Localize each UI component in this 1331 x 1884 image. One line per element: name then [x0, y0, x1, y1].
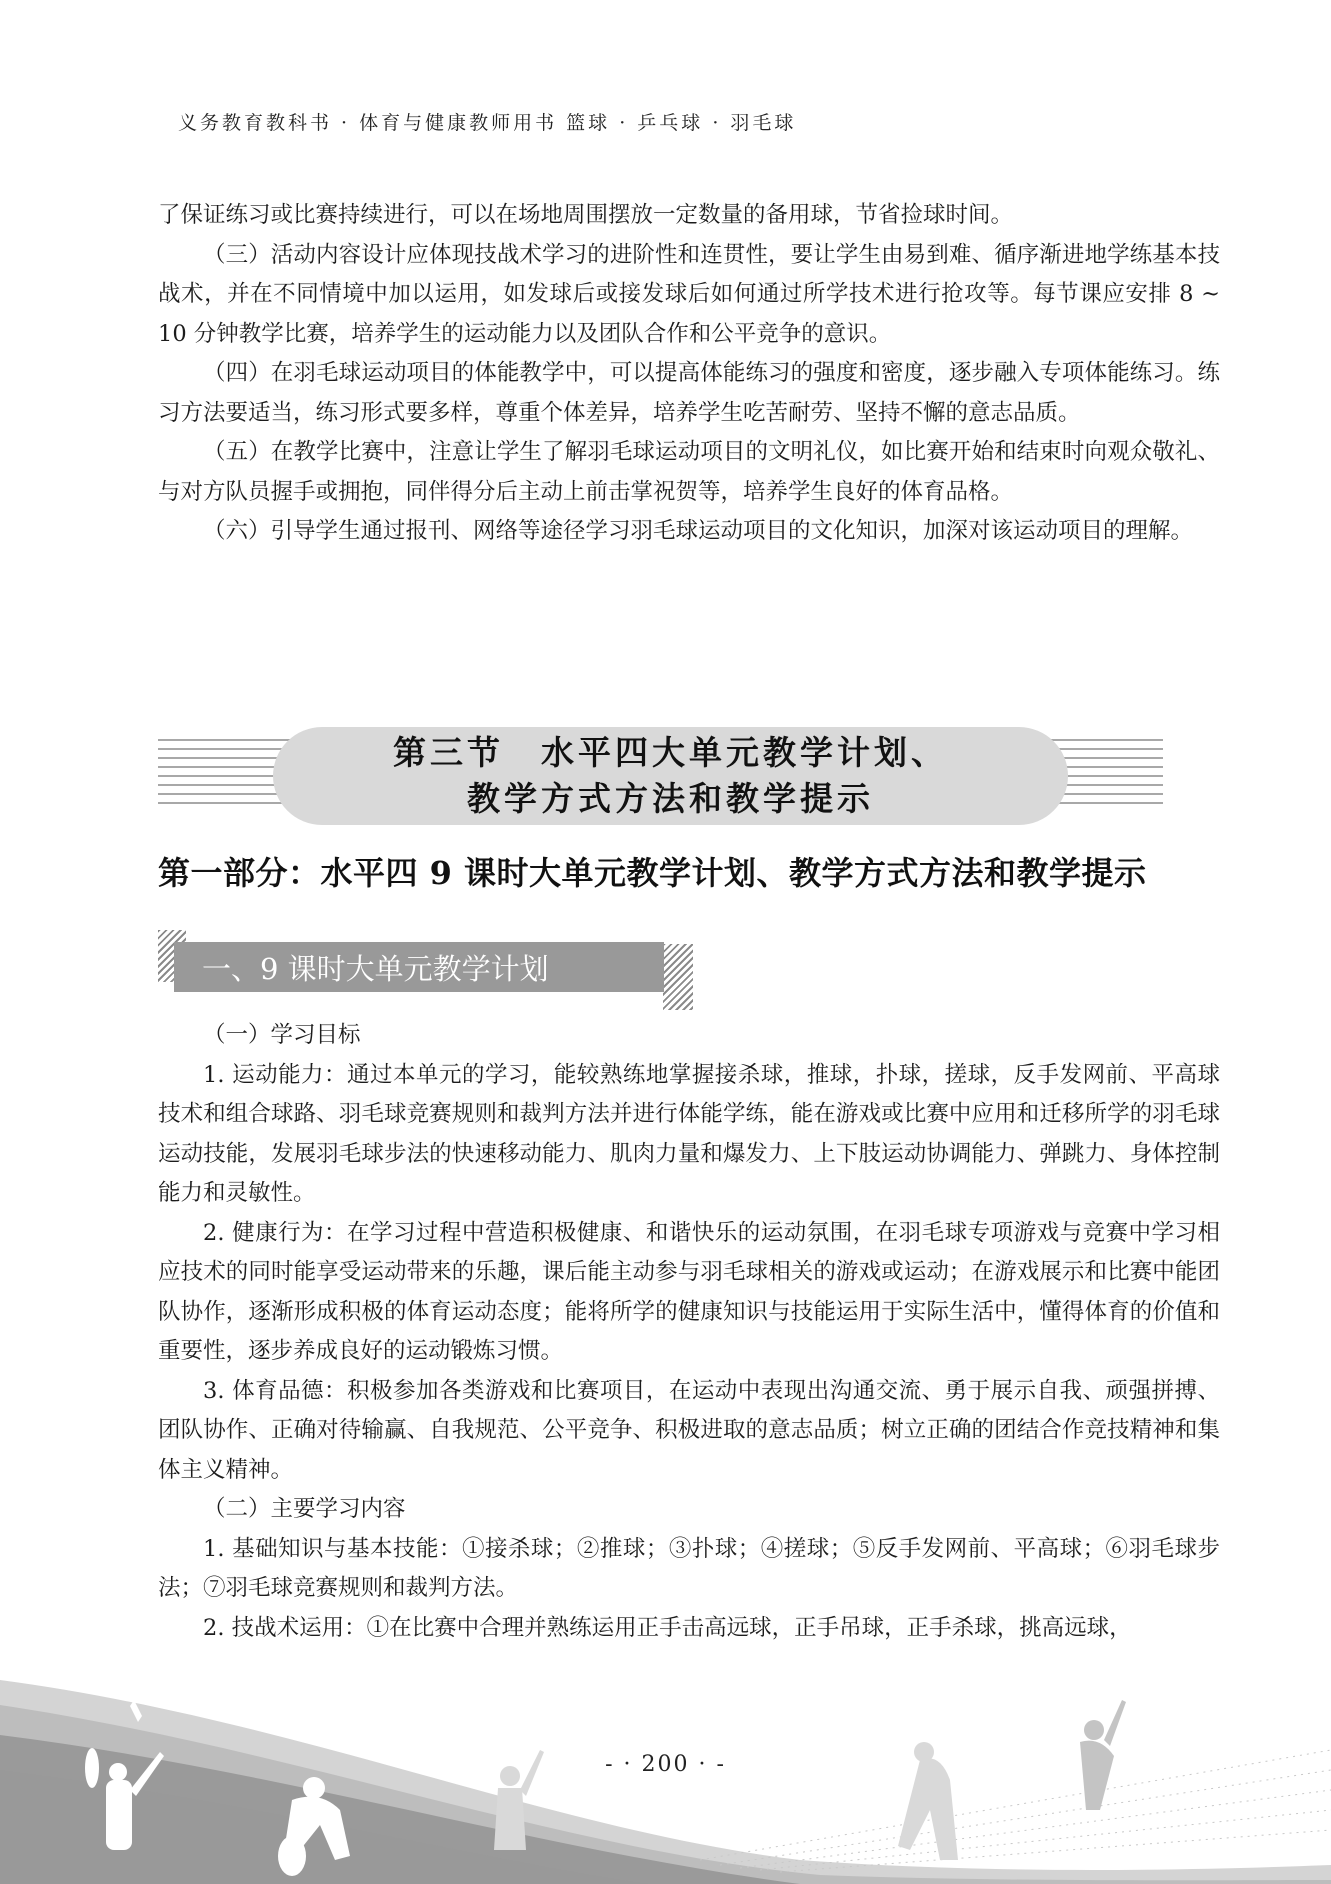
section-title: 第三节 水平四大单元教学计划、 教学方式方法和教学提示	[273, 727, 1068, 825]
paragraph: 2. 健康行为：在学习过程中营造积极健康、和谐快乐的运动氛围，在羽毛球专项游戏与…	[158, 1214, 1220, 1372]
paragraph: （六）引导学生通过报刊、网络等途径学习羽毛球运动项目的文化知识，加深对该运动项目…	[158, 512, 1220, 552]
hatch-decoration	[663, 944, 693, 1010]
subheading: 一、9 课时大单元教学计划	[174, 942, 664, 992]
subheading-ribbon: 一、9 课时大单元教学计划	[158, 930, 693, 1010]
paragraph: （五）在教学比赛中，注意让学生了解羽毛球运动项目的文明礼仪，如比赛开始和结束时向…	[158, 433, 1220, 512]
paragraph: 2. 技战术运用：①在比赛中合理并熟练运用正手击高远球，正手吊球，正手杀球，挑高…	[158, 1609, 1220, 1649]
paragraph: （四）在羽毛球运动项目的体能教学中，可以提高体能练习的强度和密度，逐步融入专项体…	[158, 354, 1220, 433]
section-title-line2: 教学方式方法和教学提示	[467, 776, 874, 822]
paragraph: （二）主要学习内容	[158, 1490, 1220, 1530]
plan-paragraphs: （一）学习目标 1. 运动能力：通过本单元的学习，能较熟练地掌握接杀球，推球，扑…	[158, 1016, 1220, 1648]
paragraph: 3. 体育品德：积极参加各类游戏和比赛项目，在运动中表现出沟通交流、勇于展示自我…	[158, 1372, 1220, 1491]
paragraph: 1. 基础知识与基本技能：①接杀球；②推球；③扑球；④搓球；⑤反手发网前、平高球…	[158, 1530, 1220, 1609]
part-title: 第一部分：水平四 9 课时大单元教学计划、教学方式方法和教学提示	[158, 848, 1147, 894]
paragraph: 1. 运动能力：通过本单元的学习，能较熟练地掌握接杀球，推球，扑球，搓球，反手发…	[158, 1056, 1220, 1214]
page-number: - · 200 · -	[0, 1752, 1331, 1777]
paragraph: （一）学习目标	[158, 1016, 1220, 1056]
paragraph: （三）活动内容设计应体现技战术学习的进阶性和连贯性，要让学生由易到难、循序渐进地…	[158, 236, 1220, 355]
paragraph: 了保证练习或比赛持续进行，可以在场地周围摆放一定数量的备用球，节省捡球时间。	[158, 196, 1220, 236]
section-title-line1: 第三节 水平四大单元教学计划、	[393, 730, 948, 776]
section-banner: 第三节 水平四大单元教学计划、 教学方式方法和教学提示	[158, 727, 1163, 825]
running-header: 义务教育教科书 · 体育与健康教师用书 篮球 · 乒乓球 · 羽毛球	[178, 108, 796, 135]
intro-paragraphs: 了保证练习或比赛持续进行，可以在场地周围摆放一定数量的备用球，节省捡球时间。 （…	[158, 196, 1220, 552]
